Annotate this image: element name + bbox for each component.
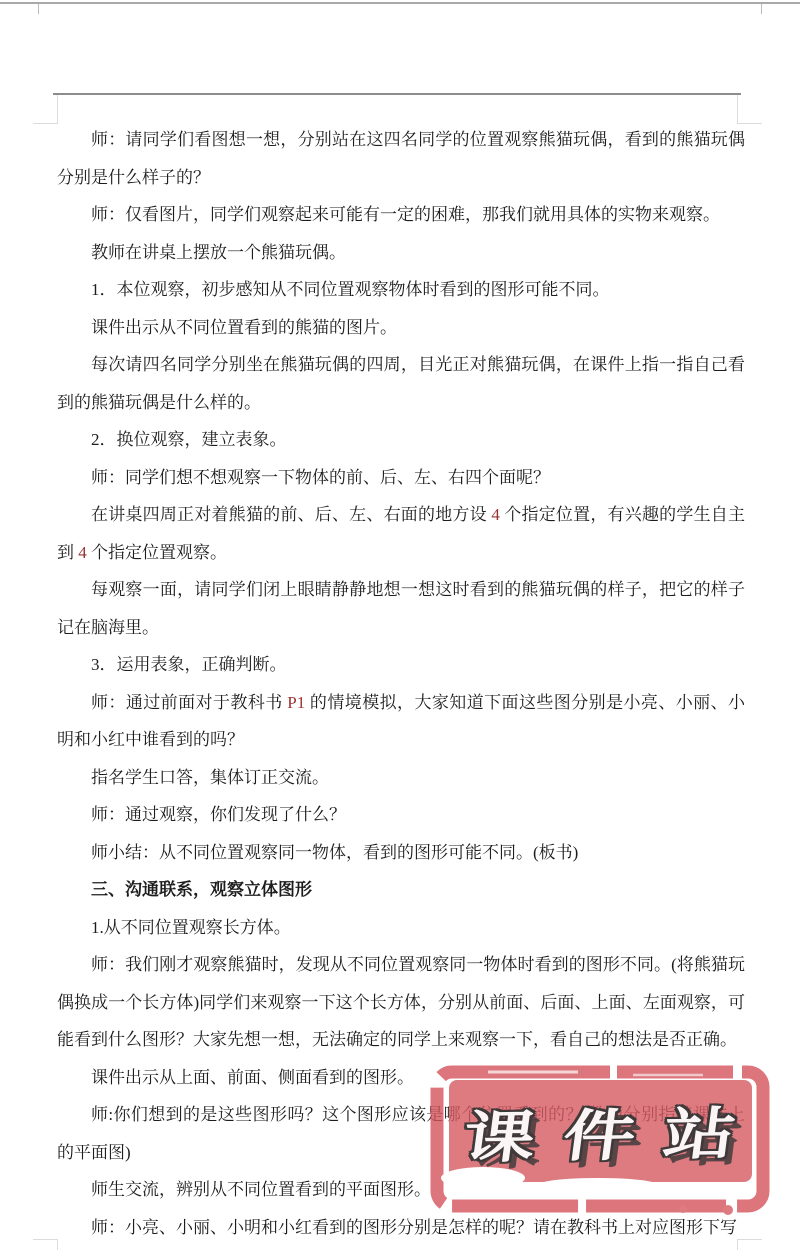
paragraph: 3．运用表象，正确判断。 (57, 646, 745, 684)
text-run: 师：通过前面对于教科书 (91, 693, 287, 712)
paragraph: 师：通过观察，你们发现了什么？ (57, 796, 745, 834)
margin-crop-mark-bottom-left (33, 1239, 58, 1250)
text-run: 课件出示从上面、前面、侧面看到的图形。 (91, 1068, 414, 1087)
paragraph: 2．换位观察，建立表象。 (57, 421, 745, 459)
text-run: 3．运用表象，正确判断。 (91, 655, 287, 674)
margin-crop-mark-top-right (737, 95, 762, 124)
text-run: 1.从不同位置观察长方体。 (91, 918, 291, 937)
text-boundary-line (53, 93, 741, 95)
text-run: 课件出示从不同位置看到的熊猫的图片。 (91, 318, 397, 337)
paragraph: 师生交流，辨别从不同位置看到的平面图形。 (57, 1171, 745, 1209)
text-run: 在讲桌四周正对着熊猫的前、后、左、右面的地方设 (91, 505, 491, 524)
paragraph: 1.从不同位置观察长方体。 (57, 909, 745, 947)
text-run: 个指定位置观察。 (87, 543, 227, 562)
text-run: 教师在讲桌上摆放一个熊猫玩偶。 (91, 243, 346, 262)
text-run: 师：仅看图片，同学们观察起来可能有一定的困难，那我们就用具体的实物来观察。 (91, 205, 720, 224)
paragraph: 师小结：从不同位置观察同一物体，看到的图形可能不同。(板书) (57, 834, 745, 872)
accent-text: P1 (287, 693, 305, 712)
text-run: 师小结：从不同位置观察同一物体，看到的图形可能不同。(板书) (91, 843, 578, 862)
text-run: 师：请同学们看图想一想，分别站在这四名同学的位置观察熊猫玩偶，看到的熊猫玩偶分别… (57, 130, 745, 187)
text-run: 师生交流，辨别从不同位置看到的平面图形。 (91, 1180, 431, 1199)
text-run: 师：通过观察，你们发现了什么？ (91, 805, 346, 824)
text-run: 师:你们想到的是这些图形吗？这个图形应该是哪个位置看到的？(教师分别指着课件上的… (57, 1105, 745, 1162)
text-run: 三、沟通联系，观察立体图形 (91, 880, 312, 899)
page-edge-tick-right (761, 4, 762, 14)
paragraph: 每观察一面，请同学们闭上眼睛静静地想一想这时看到的熊猫玩偶的样子，把它的样子记在… (57, 571, 745, 646)
text-run: 2．换位观察，建立表象。 (91, 430, 287, 449)
text-run: 师：我们刚才观察熊猫时，发现从不同位置观察同一物体时看到的图形不同。(将熊猫玩偶… (57, 955, 745, 1049)
text-run: 每观察一面，请同学们闭上眼睛静静地想一想这时看到的熊猫玩偶的样子，把它的样子记在… (57, 580, 745, 637)
document-body: 师：请同学们看图想一想，分别站在这四名同学的位置观察熊猫玩偶，看到的熊猫玩偶分别… (57, 121, 745, 1246)
paragraph: 师:你们想到的是这些图形吗？这个图形应该是哪个位置看到的？(教师分别指着课件上的… (57, 1096, 745, 1171)
accent-text: 4 (491, 505, 500, 524)
paragraph: 师：通过前面对于教科书 P1 的情境模拟，大家知道下面这些图分别是小亮、小丽、小… (57, 684, 745, 759)
paragraph: 课件出示从不同位置看到的熊猫的图片。 (57, 309, 745, 347)
accent-text: 4 (78, 543, 87, 562)
paragraph: 1．本位观察，初步感知从不同位置观察物体时看到的图形可能不同。 (57, 271, 745, 309)
paragraph: 每次请四名同学分别坐在熊猫玩偶的四周，目光正对熊猫玩偶，在课件上指一指自己看到的… (57, 346, 745, 421)
section-heading: 三、沟通联系，观察立体图形 (57, 871, 745, 909)
page-edge-tick-left (38, 4, 39, 14)
text-run: 师：小亮、小丽、小明和小红看到的图形分别是怎样的呢？请在教科书上对应图形下写 (91, 1218, 737, 1237)
text-run: 指名学生口答，集体订正交流。 (91, 768, 329, 787)
page-top-separator (0, 2, 800, 4)
paragraph: 教师在讲桌上摆放一个熊猫玩偶。 (57, 234, 745, 272)
paragraph: 师：小亮、小丽、小明和小红看到的图形分别是怎样的呢？请在教科书上对应图形下写 (57, 1209, 745, 1247)
text-run: 师：同学们想不想观察一下物体的前、后、左、右四个面呢？ (91, 468, 550, 487)
paragraph: 在讲桌四周正对着熊猫的前、后、左、右面的地方设 4 个指定位置，有兴趣的学生自主… (57, 496, 745, 571)
paragraph: 指名学生口答，集体订正交流。 (57, 759, 745, 797)
paragraph: 师：同学们想不想观察一下物体的前、后、左、右四个面呢？ (57, 459, 745, 497)
paragraph: 师：仅看图片，同学们观察起来可能有一定的困难，那我们就用具体的实物来观察。 (57, 196, 745, 234)
paragraph: 师：我们刚才观察熊猫时，发现从不同位置观察同一物体时看到的图形不同。(将熊猫玩偶… (57, 946, 745, 1059)
document-page: 师：请同学们看图想一想，分别站在这四名同学的位置观察熊猫玩偶，看到的熊猫玩偶分别… (0, 0, 800, 1250)
text-run: 1．本位观察，初步感知从不同位置观察物体时看到的图形可能不同。 (91, 280, 610, 299)
margin-crop-mark-top-left (33, 95, 58, 124)
text-run: 每次请四名同学分别坐在熊猫玩偶的四周，目光正对熊猫玩偶，在课件上指一指自己看到的… (57, 355, 745, 412)
paragraph: 师：请同学们看图想一想，分别站在这四名同学的位置观察熊猫玩偶，看到的熊猫玩偶分别… (57, 121, 745, 196)
paragraph: 课件出示从上面、前面、侧面看到的图形。 (57, 1059, 745, 1097)
